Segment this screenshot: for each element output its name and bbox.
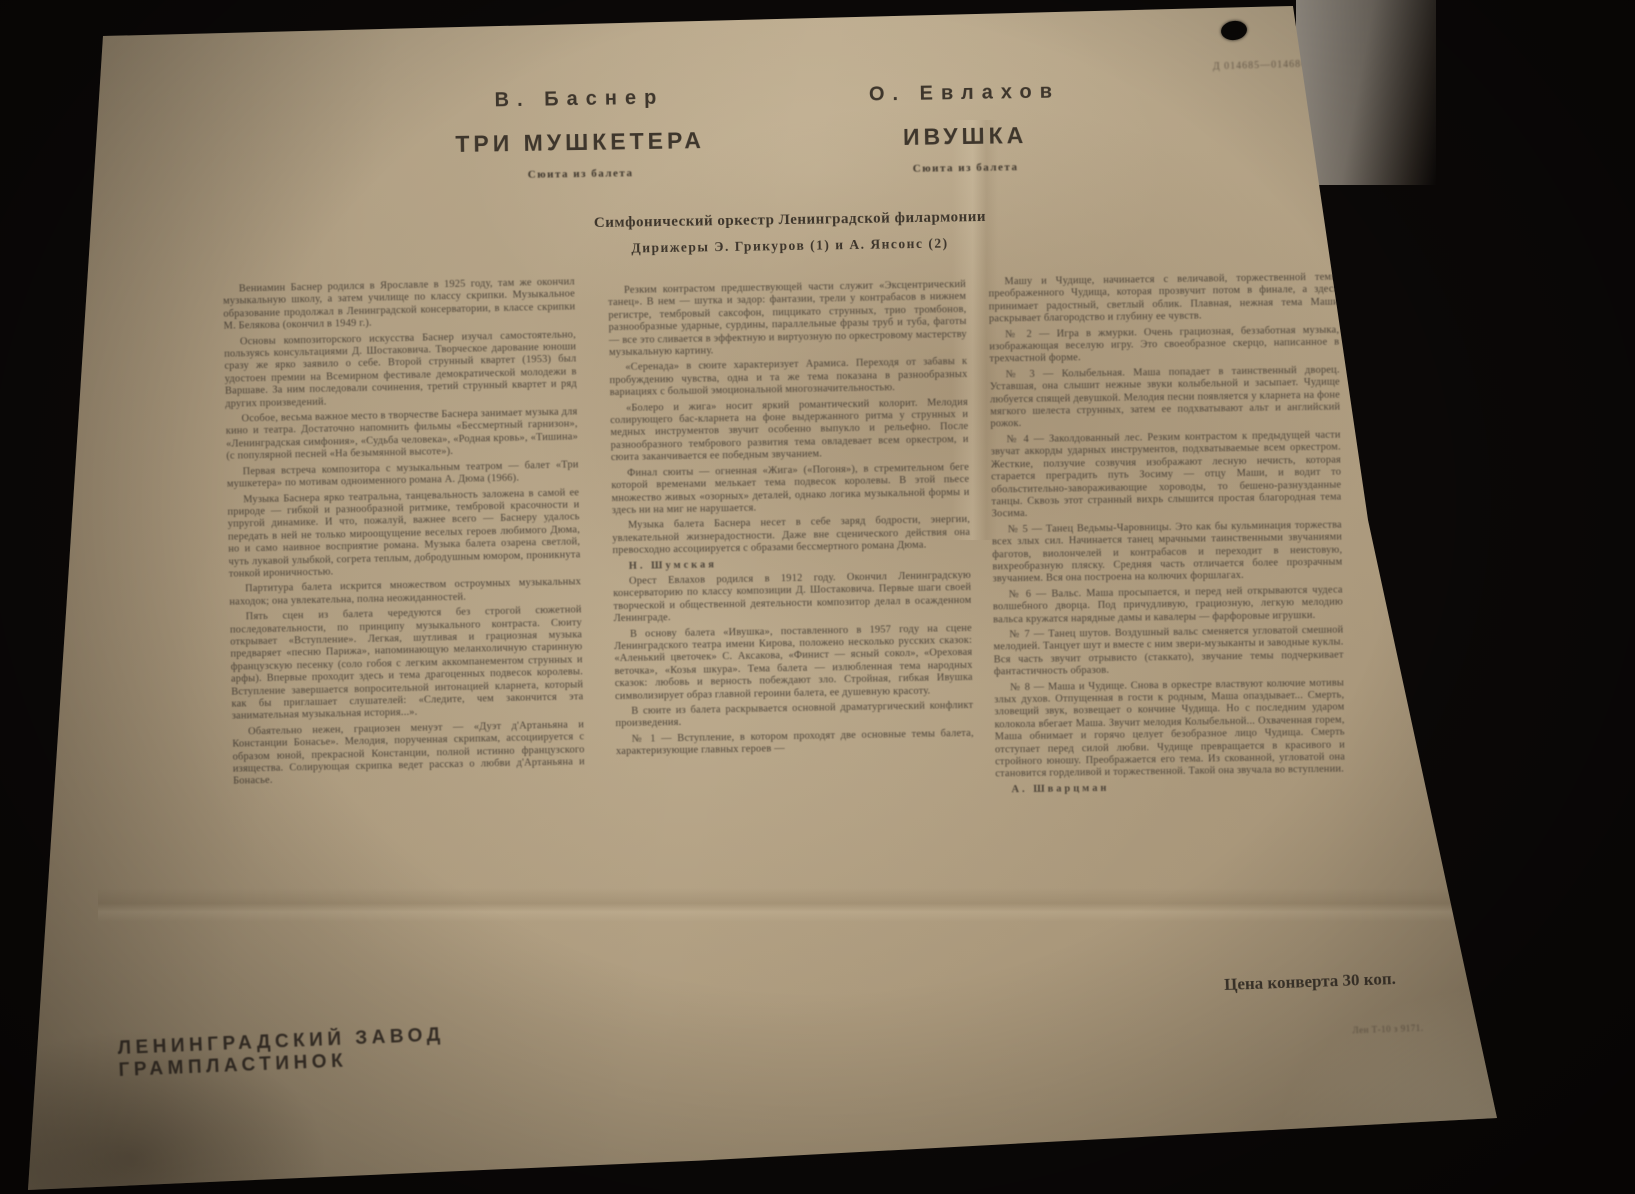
paragraph: Обаятельно нежен, грациозен менуэт — «Ду… bbox=[232, 719, 585, 788]
paragraph: № 7 — Танец шутов. Воздушный вальс сменя… bbox=[993, 625, 1344, 680]
paragraph: «Болеро и жига» носит яркий романтически… bbox=[610, 397, 969, 465]
photo-background: Д 014685—014686 В. Баснер ТРИ МУШКЕТЕРА … bbox=[0, 0, 1635, 1194]
paragraph: № 1 — Вступление, в котором проходят две… bbox=[616, 728, 974, 759]
composer-name-right: О. Евлахов bbox=[789, 79, 1139, 107]
author-signature-shvartsman: А. Шварцман bbox=[995, 779, 1345, 796]
background-object bbox=[1296, 0, 1436, 185]
composer-name-left: В. Баснер bbox=[399, 85, 759, 114]
paragraph: Машу и Чудище, начинается с величавой, т… bbox=[988, 272, 1339, 327]
work-title-right: ИВУШКА bbox=[790, 120, 1140, 152]
paragraph: Музыка балета Баснера несет в себе заряд… bbox=[612, 514, 971, 557]
paragraph: № 4 — Заколдованный лес. Резким контраст… bbox=[991, 429, 1342, 521]
paper-crease-horizontal bbox=[98, 888, 1471, 922]
work-block-right: О. Евлахов ИВУШКА Сюита из балета bbox=[789, 79, 1140, 176]
paragraph: Основы композиторского искусства Баснер … bbox=[224, 329, 577, 411]
paragraph: № 3 — Колыбельная. Маша попадает в таинс… bbox=[990, 364, 1341, 431]
work-title-left: ТРИ МУШКЕТЕРА bbox=[400, 126, 760, 159]
paragraph: Пять сцен из балета чередуются без строг… bbox=[230, 604, 584, 723]
envelope-price: Цена конверта 30 коп. bbox=[1180, 967, 1441, 996]
work-block-left: В. Баснер ТРИ МУШКЕТЕРА Сюита из балета bbox=[399, 85, 760, 183]
print-code: Лен Т-10 з 9171. bbox=[1318, 1022, 1458, 1037]
paragraph: Вениамин Баснер родился в Ярославле в 19… bbox=[223, 276, 576, 333]
paragraph: В основу балета «Ивушка», поставленного … bbox=[614, 622, 973, 703]
paragraph: Резким контрастом предшествующей части с… bbox=[608, 279, 967, 360]
pressing-plant-name: ЛЕНИНГРАДСКИЙ ЗАВОД ГРАМПЛАСТИНОК bbox=[117, 1018, 598, 1082]
paragraph: № 6 — Вальс. Маша просыпается, и перед н… bbox=[993, 584, 1343, 626]
paragraph: № 5 — Танец Ведьмы-Чаровницы. Это как бы… bbox=[992, 519, 1343, 586]
paragraph: Партитура балета искрится множеством ост… bbox=[229, 577, 581, 609]
punch-hole bbox=[1220, 19, 1248, 41]
paragraph: «Серенада» в сюите характеризует Арамиса… bbox=[609, 356, 968, 399]
paragraph: Особое, весьма важное место в творчестве… bbox=[225, 406, 578, 463]
paragraph: № 2 — Игра в жмурки. Очень грациозная, б… bbox=[989, 324, 1339, 366]
conductors-line: Дирижеры Э. Грикуров (1) и А. Янсонс (2) bbox=[575, 235, 1005, 258]
paragraph: Финал сюиты — огненная «Жига» («Погоня»)… bbox=[611, 462, 970, 518]
work-subtitle-left: Сюита из балета bbox=[401, 165, 761, 183]
paragraph: Музыка Баснера ярко театральна, танцевал… bbox=[227, 487, 581, 581]
paragraph: В сюите из балета раскрывается основной … bbox=[615, 700, 973, 731]
liner-notes-column-1: Вениамин Баснер родился в Ярославле в 19… bbox=[223, 276, 586, 791]
paragraph: Орест Евлахов родился в 1912 году. Оконч… bbox=[613, 570, 972, 626]
paragraph: Первая встреча композитора с музыкальным… bbox=[227, 459, 579, 491]
liner-notes-column-3: Машу и Чудище, начинается с величавой, т… bbox=[988, 272, 1345, 800]
liner-notes-column-2: Резким контрастом предшествующей части с… bbox=[608, 279, 974, 762]
paragraph: № 8 — Маша и Чудище. Снова в оркестре вл… bbox=[994, 677, 1345, 781]
